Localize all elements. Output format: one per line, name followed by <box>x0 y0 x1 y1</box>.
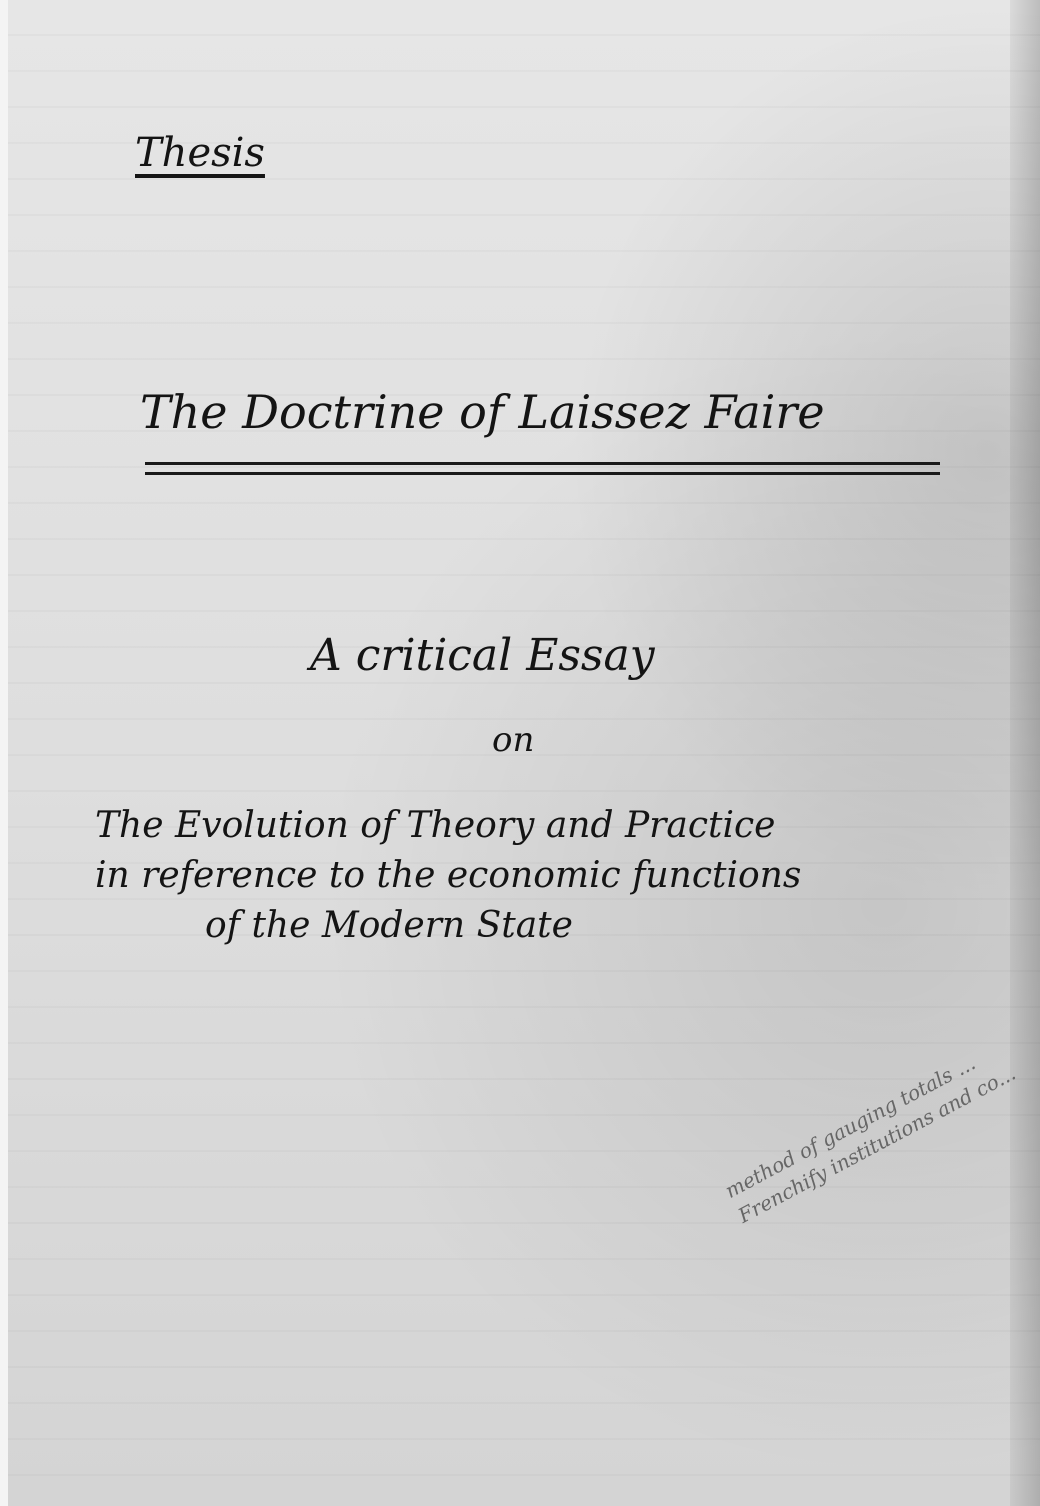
pencil-margin-note: method of gauging totals ... Frenchify i… <box>720 1034 1020 1229</box>
connector-word: on <box>492 720 534 760</box>
title-underline <box>145 462 940 465</box>
title-underline-second <box>145 472 940 475</box>
description-line: The Evolution of Theory and Practice <box>95 805 775 846</box>
description-line: of the Modern State <box>205 905 573 946</box>
subtitle: A critical Essay <box>310 630 655 681</box>
page-edge-left <box>0 0 8 1506</box>
description-line: in reference to the economic functions <box>95 855 801 896</box>
margin-note-line: Frenchify institutions and co... <box>733 1059 1020 1229</box>
margin-note-line: method of gauging totals ... <box>720 1034 1007 1204</box>
document-title: The Doctrine of Laissez Faire <box>140 385 825 439</box>
manuscript-page: Thesis The Doctrine of Laissez Faire A c… <box>0 0 1040 1506</box>
heading: Thesis <box>135 130 265 176</box>
page-edge-right <box>1010 0 1040 1506</box>
